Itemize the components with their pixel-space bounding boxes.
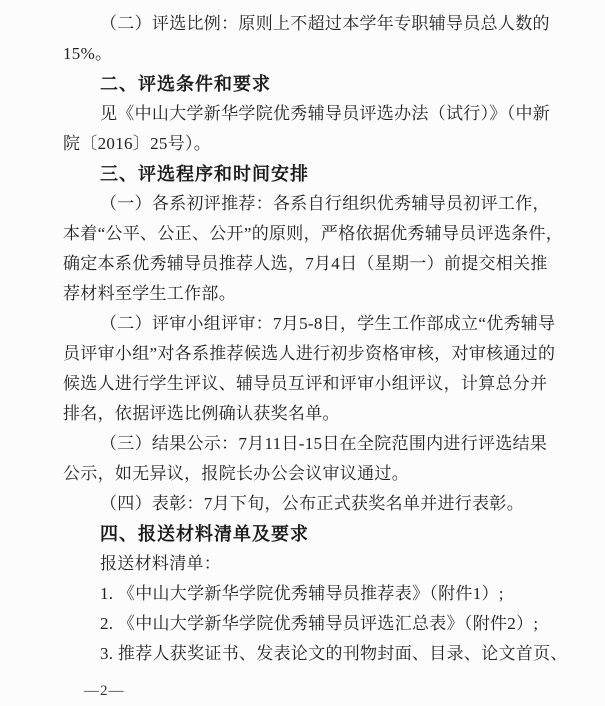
text-line: 见《中山大学新华学院优秀辅导员评选办法（试行）》（中新 bbox=[63, 99, 547, 129]
text-line: 员评审小组”对各系推荐候选人进行初步资格审核，对审核通过的 bbox=[63, 339, 547, 369]
text-line: 2. 《中山大学新华学院优秀辅导员评选汇总表》（附件2）; bbox=[63, 609, 547, 639]
section-heading: 四、报送材料清单及要求 bbox=[63, 519, 547, 549]
text-line: 院〔2016〕25号）。 bbox=[63, 129, 547, 159]
text-line: 15%。 bbox=[63, 39, 547, 69]
text-line: （二）评审小组评审：7月5-8日，学生工作部成立“优秀辅导 bbox=[63, 309, 547, 339]
text-line: 排名，依据评选比例确认获奖名单。 bbox=[63, 399, 547, 429]
text-line: （三）结果公示：7月11日-15日在全院范围内进行评选结果 bbox=[63, 429, 547, 459]
text-line: 3. 推荐人获奖证书、发表论文的刊物封面、目录、论文首页、 bbox=[63, 639, 547, 669]
text-line: （一）各系初评推荐：各系自行组织优秀辅导员初评工作， bbox=[63, 189, 547, 219]
text-line: 荐材料至学生工作部。 bbox=[63, 279, 547, 309]
text-line: 1. 《中山大学新华学院优秀辅导员推荐表》（附件1）; bbox=[63, 579, 547, 609]
text-line: 确定本系优秀辅导员推荐人选，7月4日（星期一）前提交相关推 bbox=[63, 249, 547, 279]
text-line: （二）评选比例：原则上不超过本学年专职辅导员总人数的 bbox=[63, 9, 547, 39]
text-line: （四）表彰：7月下旬，公布正式获奖名单并进行表彰。 bbox=[63, 489, 547, 519]
text-line: 本着“公平、公正、公开”的原则，严格依据优秀辅导员评选条件， bbox=[63, 219, 547, 249]
section-heading: 二、评选条件和要求 bbox=[63, 69, 547, 99]
text-line: 报送材料清单： bbox=[63, 549, 547, 579]
text-line: 公示，如无异议，报院长办公会议审议通过。 bbox=[63, 459, 547, 489]
text-line: 候选人进行学生评议、辅导员互评和评审小组评议，计算总分并 bbox=[63, 369, 547, 399]
page-number: —2— bbox=[84, 682, 125, 700]
section-heading: 三、评选程序和时间安排 bbox=[63, 159, 547, 189]
document-page: （二）评选比例：原则上不超过本学年专职辅导员总人数的15%。二、评选条件和要求见… bbox=[0, 0, 605, 706]
document-body: （二）评选比例：原则上不超过本学年专职辅导员总人数的15%。二、评选条件和要求见… bbox=[63, 9, 547, 669]
